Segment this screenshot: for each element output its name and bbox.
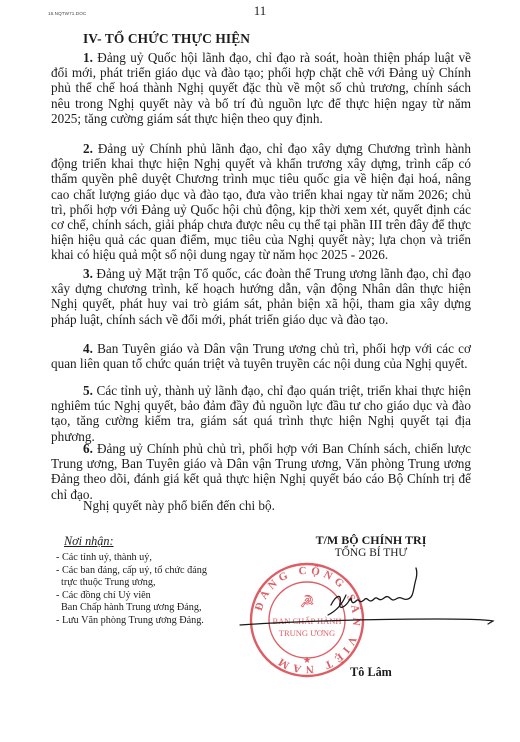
paragraph-5: 5. Các tỉnh uỷ, thành uỷ lãnh đạo, chỉ đ… bbox=[51, 383, 471, 444]
paragraph-text: Nghị quyết này phổ biến đến chi bộ. bbox=[83, 498, 275, 513]
recipient-line: - Các tỉnh uỷ, thành uỷ, bbox=[56, 552, 207, 565]
recipients-list: - Các tỉnh uỷ, thành uỷ, - Các ban đảng,… bbox=[56, 552, 207, 628]
recipient-line: - Các ban đảng, cấp uỷ, tổ chức đảng bbox=[56, 565, 207, 578]
paragraph-2: 2. Đảng uỷ Chính phủ lãnh đạo, chỉ đạo x… bbox=[51, 141, 471, 263]
paragraph-number: 4. bbox=[83, 341, 93, 356]
paragraph-text: Đảng uỷ Mặt trận Tổ quốc, các đoàn thể T… bbox=[51, 266, 471, 327]
paragraph-number: 6. bbox=[83, 441, 93, 456]
closing-line: Nghị quyết này phổ biến đến chi bộ. bbox=[51, 498, 471, 513]
star-icon: ★ bbox=[303, 655, 311, 665]
paragraph-text: Đảng uỷ Chính phủ chủ trì, phối hợp với … bbox=[51, 441, 471, 502]
recipients-title: Nơi nhận: bbox=[64, 534, 114, 549]
signer-name: Tô Lâm bbox=[296, 665, 446, 680]
paragraph-number: 1. bbox=[83, 50, 93, 65]
paragraph-text: Ban Tuyên giáo và Dân vận Trung ương chủ… bbox=[51, 341, 471, 371]
paragraph-6: 6. Đảng uỷ Chính phủ chủ trì, phối hợp v… bbox=[51, 441, 471, 502]
section-title: IV- TỔ CHỨC THỰC HIỆN bbox=[83, 31, 250, 47]
signature-position: TỔNG BÍ THƯ bbox=[296, 547, 446, 559]
paragraph-3: 3. Đảng uỷ Mặt trận Tổ quốc, các đoàn th… bbox=[51, 266, 471, 327]
paragraph-number: 3. bbox=[83, 266, 93, 281]
page-number: 11 bbox=[0, 3, 520, 19]
recipient-line: trực thuộc Trung ương, bbox=[56, 577, 207, 590]
paragraph-1: 1. Đảng uỷ Quốc hội lãnh đạo, chỉ đạo rà… bbox=[51, 50, 471, 126]
handwritten-signature bbox=[238, 565, 498, 635]
paragraph-text: Các tỉnh uỷ, thành uỷ lãnh đạo, chỉ đạo … bbox=[51, 383, 471, 444]
signature-on-behalf: T/M BỘ CHÍNH TRỊ bbox=[296, 533, 446, 548]
paragraph-number: 5. bbox=[83, 383, 93, 398]
paragraph-text: Đảng uỷ Quốc hội lãnh đạo, chỉ đạo rà so… bbox=[51, 50, 471, 126]
paragraph-number: 2. bbox=[83, 141, 93, 156]
recipient-line: - Các đồng chí Uỷ viên bbox=[56, 590, 207, 603]
paragraph-text: Đảng uỷ Chính phủ lãnh đạo, chỉ đạo xây … bbox=[51, 141, 471, 262]
paragraph-4: 4. Ban Tuyên giáo và Dân vận Trung ương … bbox=[51, 341, 471, 371]
recipient-line: - Lưu Văn phòng Trung ương Đảng. bbox=[56, 615, 207, 628]
recipient-line: Ban Chấp hành Trung ương Đảng, bbox=[56, 602, 207, 615]
